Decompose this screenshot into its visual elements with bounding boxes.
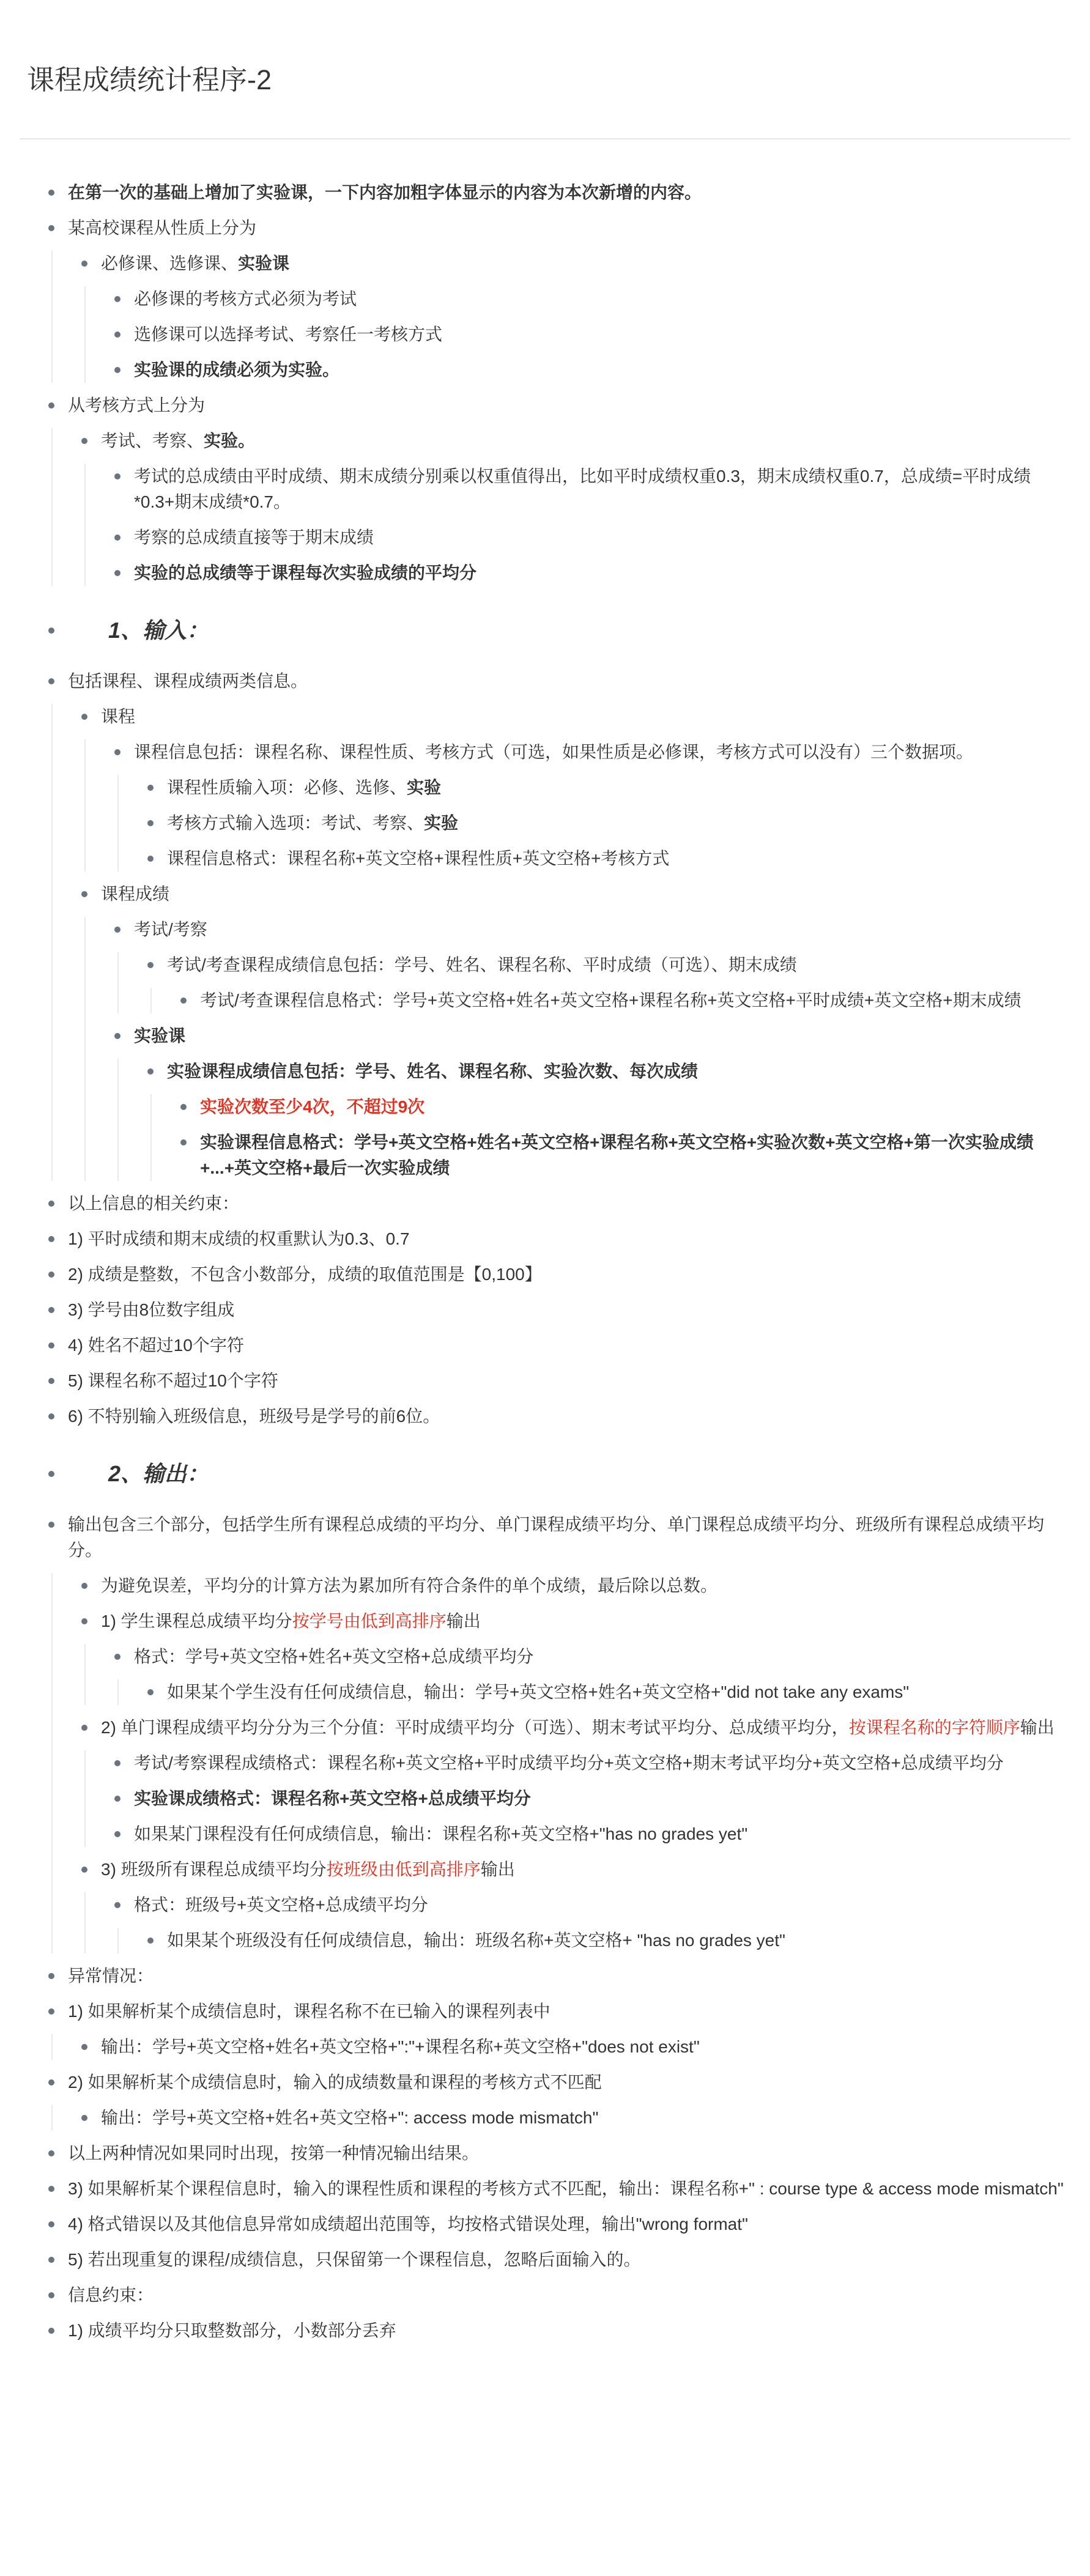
- list-item-text: 4) 格式错误以及其他信息异常如成绩超出范围等，均按格式错误处理，输出"wron…: [68, 2215, 748, 2234]
- list-item: 3) 如果解析某个课程信息时，输入的课程性质和课程的考核方式不匹配，输出：课程名…: [48, 2176, 1070, 2202]
- list-item-text: 5) 课程名称不超过10个字符: [68, 1371, 278, 1390]
- bullet-icon: [81, 891, 87, 897]
- list-item: 包括课程、课程成绩两类信息。 课程 课程信息包括：课程名称、课程性质、考核方式（…: [48, 668, 1070, 1181]
- bullet-icon: [48, 1342, 54, 1349]
- list-item-text-red: 按课程名称的字符顺序: [849, 1718, 1020, 1737]
- list-item: 考试、考察、实验。 考试的总成绩由平时成绩、期末成绩分别乘以权重值得出，比如平时…: [81, 428, 1070, 586]
- outline-sublist: 实验次数至少4次，不超过9次 实验课程信息格式：学号+英文空格+姓名+英文空格+…: [150, 1094, 1070, 1181]
- list-item-text: 3) 班级所有课程总成绩平均分: [101, 1860, 327, 1879]
- bullet-icon: [81, 261, 87, 267]
- list-item: 课程 课程信息包括：课程名称、课程性质、考核方式（可选，如果性质是必修课，考核方…: [81, 704, 1070, 872]
- list-item-text: 1) 平时成绩和期末成绩的权重默认为0.3、0.7: [68, 1229, 410, 1248]
- list-item: 2) 单门课程成绩平均分分为三个分值：平时成绩平均分（可选）、期末考试平均分、总…: [81, 1715, 1070, 1847]
- list-item: 格式：学号+英文空格+姓名+英文空格+总成绩平均分 如果某个学生没有任何成绩信息…: [114, 1644, 1070, 1705]
- list-item-text: 课程: [101, 707, 135, 726]
- list-item-text: 输出: [481, 1860, 515, 1879]
- list-item: 5) 若出现重复的课程/成绩信息，只保留第一个课程信息，忽略后面输入的。: [48, 2247, 1070, 2273]
- bullet-icon: [48, 1236, 54, 1242]
- bullet-icon: [114, 535, 120, 541]
- bullet-icon: [147, 962, 154, 968]
- list-item: 为避免误差，平均分的计算方法为累加所有符合条件的单个成绩，最后除以总数。: [81, 1573, 1070, 1599]
- list-item-text: 格式：班级号+英文空格+总成绩平均分: [134, 1895, 428, 1914]
- outline-sublist: 课程信息包括：课程名称、课程性质、考核方式（可选，如果性质是必修课，考核方式可以…: [84, 739, 1070, 872]
- list-item: 1) 如果解析某个成绩信息时，课程名称不在已输入的课程列表中 输出：学号+英文空…: [48, 1999, 1070, 2060]
- list-item-text: 输出包含三个部分，包括学生所有课程总成绩的平均分、单门课程成绩平均分、单门课程总…: [68, 1515, 1044, 1560]
- list-item: 以上信息的相关约束：: [48, 1191, 1070, 1216]
- list-item-text: 以上信息的相关约束：: [68, 1194, 239, 1213]
- bullet-icon: [81, 714, 87, 720]
- list-item-text: 1) 学生课程总成绩平均分: [101, 1612, 292, 1630]
- outline-sublist: 格式：班级号+英文空格+总成绩平均分 如果某个班级没有任何成绩信息，输出：班级名…: [84, 1892, 1070, 1953]
- list-item-text: 5) 若出现重复的课程/成绩信息，只保留第一个课程信息，忽略后面输入的。: [68, 2250, 640, 2269]
- list-item-text: 课程性质输入项：必修、选修、: [167, 778, 407, 797]
- bullet-icon: [48, 2292, 54, 2298]
- list-item-text: 考试的总成绩由平时成绩、期末成绩分别乘以权重值得出，比如平时成绩权重0.3，期末…: [134, 467, 1031, 511]
- list-item: 选修课可以选择考试、考察任一考核方式: [114, 322, 1070, 347]
- list-item-text: 1) 如果解析某个成绩信息时，课程名称不在已输入的课程列表中: [68, 2002, 551, 2021]
- bullet-icon: [180, 997, 187, 1004]
- bullet-icon: [180, 1139, 187, 1146]
- list-item-text: 格式：学号+英文空格+姓名+英文空格+总成绩平均分: [134, 1647, 533, 1666]
- page-title: 课程成绩统计程序-2: [27, 64, 1070, 97]
- list-item: 在第一次的基础上增加了实验课，一下内容加粗字体显示的内容为本次新增的内容。: [48, 180, 1070, 205]
- list-item-text: 如果某个学生没有任何成绩信息，输出：学号+英文空格+姓名+英文空格+"did n…: [167, 1682, 909, 1701]
- list-item-text: 考试/考察: [134, 920, 207, 939]
- list-item: 必修课、选修课、实验课 必修课的考核方式必须为考试 选修课可以选择考试、考察任一…: [81, 251, 1070, 383]
- outline-sublist: 必修课的考核方式必须为考试 选修课可以选择考试、考察任一考核方式 实验课的成绩必…: [84, 286, 1070, 383]
- outline-sublist: 为避免误差，平均分的计算方法为累加所有符合条件的单个成绩，最后除以总数。 1) …: [51, 1573, 1070, 1953]
- bullet-icon: [114, 749, 120, 755]
- outline-sublist: 考试/考查课程成绩信息包括：学号、姓名、课程名称、平时成绩（可选）、期末成绩 考…: [117, 952, 1070, 1013]
- bullet-icon: [48, 2257, 54, 2263]
- list-item: 考试/考查课程信息格式：学号+英文空格+姓名+英文空格+课程名称+英文空格+平时…: [180, 988, 1070, 1013]
- list-item-text: 3) 学号由8位数字组成: [68, 1300, 234, 1319]
- list-item: 如果某门课程没有任何成绩信息，输出：课程名称+英文空格+"has no grad…: [114, 1821, 1070, 1847]
- bullet-icon: [48, 2008, 54, 2015]
- list-item: 5) 课程名称不超过10个字符: [48, 1368, 1070, 1394]
- bullet-icon: [48, 2328, 54, 2334]
- bullet-icon: [114, 367, 120, 373]
- list-item: 课程信息格式：课程名称+英文空格+课程性质+英文空格+考核方式: [147, 846, 1070, 872]
- list-item-text: 实验: [407, 778, 441, 797]
- bullet-icon: [114, 927, 120, 933]
- list-item-text: 2) 成绩是整数，不包含小数部分，成绩的取值范围是【0,100】: [68, 1265, 542, 1284]
- list-item: 考核方式输入选项：考试、考察、实验: [147, 810, 1070, 836]
- list-item: 2) 成绩是整数，不包含小数部分，成绩的取值范围是【0,100】: [48, 1262, 1070, 1287]
- outline-sublist: 考试/考察 考试/考查课程成绩信息包括：学号、姓名、课程名称、平时成绩（可选）、…: [84, 917, 1070, 1181]
- bullet-icon: [48, 1471, 54, 1477]
- outline-sublist: 输出：学号+英文空格+姓名+英文空格+": access mode mismat…: [51, 2105, 1070, 2131]
- list-item: 必修课的考核方式必须为考试: [114, 286, 1070, 312]
- bullet-icon: [114, 1654, 120, 1660]
- bullet-icon: [48, 2221, 54, 2227]
- document-page: 课程成绩统计程序-2 在第一次的基础上增加了实验课，一下内容加粗字体显示的内容为…: [0, 0, 1090, 2576]
- bullet-icon: [48, 1522, 54, 1528]
- list-item-text-red: 按班级由低到高排序: [327, 1860, 481, 1879]
- list-item-text: 实验。: [204, 431, 255, 450]
- list-item-text: 异常情况：: [68, 1966, 154, 1985]
- list-item-text: 课程信息包括：课程名称、课程性质、考核方式（可选，如果性质是必修课，考核方式可以…: [134, 742, 973, 761]
- list-item-text: 某高校课程从性质上分为: [68, 218, 256, 237]
- list-item: 考试的总成绩由平时成绩、期末成绩分别乘以权重值得出，比如平时成绩权重0.3，期末…: [114, 464, 1070, 515]
- bullet-icon: [114, 331, 120, 338]
- bullet-icon: [81, 1618, 87, 1624]
- list-item: 某高校课程从性质上分为 必修课、选修课、实验课 必修课的考核方式必须为考试 选修…: [48, 215, 1070, 383]
- list-item-text: 4) 姓名不超过10个字符: [68, 1336, 244, 1355]
- list-item: 1) 平时成绩和期末成绩的权重默认为0.3、0.7: [48, 1226, 1070, 1252]
- list-item-text: 课程成绩: [101, 884, 169, 903]
- bullet-icon: [114, 1033, 120, 1039]
- outline-sublist: 考试的总成绩由平时成绩、期末成绩分别乘以权重值得出，比如平时成绩权重0.3，期末…: [84, 464, 1070, 586]
- list-item-text: 选修课可以选择考试、考察任一考核方式: [134, 325, 442, 344]
- list-item-heading: 2、输出：: [48, 1459, 1070, 1491]
- outline-sublist: 格式：学号+英文空格+姓名+英文空格+总成绩平均分 如果某个学生没有任何成绩信息…: [84, 1644, 1070, 1705]
- bullet-icon: [147, 785, 154, 791]
- list-item: 课程性质输入项：必修、选修、实验: [147, 775, 1070, 801]
- list-item-text: 为避免误差，平均分的计算方法为累加所有符合条件的单个成绩，最后除以总数。: [101, 1576, 717, 1595]
- list-item: 1) 学生课程总成绩平均分按学号由低到高排序输出 格式：学号+英文空格+姓名+英…: [81, 1608, 1070, 1705]
- bullet-icon: [147, 820, 154, 826]
- list-item-text: 实验课的成绩必须为实验。: [134, 360, 339, 379]
- bullet-icon: [81, 1867, 87, 1873]
- list-item-text: 包括课程、课程成绩两类信息。: [68, 672, 308, 690]
- bullet-icon: [48, 1378, 54, 1384]
- list-item-text: 考试/考查课程成绩信息包括：学号、姓名、课程名称、平时成绩（可选）、期末成绩: [167, 955, 797, 974]
- bullet-icon: [147, 856, 154, 862]
- bullet-icon: [114, 1831, 120, 1837]
- bullet-icon: [147, 1938, 154, 1944]
- bullet-icon: [81, 2115, 87, 2121]
- list-item-text: 信息约束：: [68, 2285, 154, 2304]
- list-item: 6) 不特别输入班级信息，班级号是学号的前6位。: [48, 1404, 1070, 1429]
- list-item: 如果某个班级没有任何成绩信息，输出：班级名称+英文空格+ "has no gra…: [147, 1928, 1070, 1953]
- bullet-icon: [147, 1068, 154, 1075]
- outline-sublist: 课程 课程信息包括：课程名称、课程性质、考核方式（可选，如果性质是必修课，考核方…: [51, 704, 1070, 1181]
- list-item: 考试/考察课程成绩格式：课程名称+英文空格+平时成绩平均分+英文空格+期末考试平…: [114, 1750, 1070, 1776]
- title-divider: [20, 138, 1070, 139]
- outline-sublist: 如果某个学生没有任何成绩信息，输出：学号+英文空格+姓名+英文空格+"did n…: [117, 1679, 1070, 1705]
- list-item-text: 考试/考查课程信息格式：学号+英文空格+姓名+英文空格+课程名称+英文空格+平时…: [200, 991, 1021, 1010]
- list-item-text: 如果某门课程没有任何成绩信息，输出：课程名称+英文空格+"has no grad…: [134, 1824, 747, 1843]
- list-item-text: 1) 成绩平均分只取整数部分，小数部分丢弃: [68, 2321, 396, 2340]
- list-item-text: 考试、考察、: [101, 431, 204, 450]
- list-item-text: 输出：学号+英文空格+姓名+英文空格+": access mode mismat…: [101, 2108, 598, 2127]
- section-heading-output: 2、输出：: [68, 1459, 209, 1489]
- list-item: 课程成绩 考试/考察 考试/考查课程成绩信息包括：学号、姓名、课程名称、平时成绩…: [81, 881, 1070, 1181]
- bullet-icon: [48, 2150, 54, 2156]
- bullet-icon: [147, 1689, 154, 1695]
- list-item-text: 2) 单门课程成绩平均分分为三个分值：平时成绩平均分（可选）、期末考试平均分、总…: [101, 1718, 849, 1737]
- list-item-text: 输出: [447, 1612, 481, 1630]
- list-item: 输出包含三个部分，包括学生所有课程总成绩的平均分、单门课程成绩平均分、单门课程总…: [48, 1512, 1070, 1953]
- bullet-icon: [48, 1271, 54, 1278]
- list-item-text: 3) 如果解析某个课程信息时，输入的课程性质和课程的考核方式不匹配，输出：课程名…: [68, 2179, 1064, 2198]
- outline-sublist: 考试、考察、实验。 考试的总成绩由平时成绩、期末成绩分别乘以权重值得出，比如平时…: [51, 428, 1070, 586]
- list-item-text: 输出：学号+英文空格+姓名+英文空格+":"+课程名称+英文空格+"does n…: [101, 2037, 700, 2056]
- outline-sublist: 如果某个班级没有任何成绩信息，输出：班级名称+英文空格+ "has no gra…: [117, 1928, 1070, 1953]
- outline-sublist: 实验课程成绩信息包括：学号、姓名、课程名称、实验次数、每次成绩 实验次数至少4次…: [117, 1059, 1070, 1181]
- bullet-icon: [81, 1583, 87, 1589]
- list-item: 4) 姓名不超过10个字符: [48, 1333, 1070, 1358]
- bullet-icon: [81, 2044, 87, 2050]
- list-item-text: 实验: [424, 813, 458, 832]
- bullet-icon: [48, 2079, 54, 2086]
- list-item-text: 实验课程信息格式：学号+英文空格+姓名+英文空格+课程名称+英文空格+实验次数+…: [200, 1133, 1034, 1177]
- list-item: 实验课的成绩必须为实验。: [114, 357, 1070, 383]
- list-item-text: 必修课、选修课、: [101, 254, 238, 273]
- list-item-heading: 1、输入：: [48, 615, 1070, 648]
- bullet-icon: [48, 1201, 54, 1207]
- list-item-text-red: 实验次数至少4次，不超过9次: [200, 1097, 425, 1116]
- list-item: 输出：学号+英文空格+姓名+英文空格+":"+课程名称+英文空格+"does n…: [81, 2034, 1070, 2060]
- list-item: 考察的总成绩直接等于期末成绩: [114, 525, 1070, 550]
- list-item: 异常情况：: [48, 1963, 1070, 1989]
- bullet-icon: [180, 1104, 187, 1110]
- bullet-icon: [48, 402, 54, 409]
- list-item-text: 实验课: [238, 254, 289, 273]
- list-item-text: 如果某个班级没有任何成绩信息，输出：班级名称+英文空格+ "has no gra…: [167, 1931, 785, 1950]
- list-item-text: 以上两种情况如果同时出现，按第一种情况输出结果。: [68, 2144, 479, 2163]
- list-item: 输出：学号+英文空格+姓名+英文空格+": access mode mismat…: [81, 2105, 1070, 2131]
- outline-sublist: 课程性质输入项：必修、选修、实验 考核方式输入选项：考试、考察、实验 课程信息格…: [117, 775, 1070, 872]
- list-item: 1) 成绩平均分只取整数部分，小数部分丢弃: [48, 2318, 1070, 2344]
- list-item-text: 实验的总成绩等于课程每次实验成绩的平均分: [134, 563, 476, 582]
- list-item-text: 考核方式输入选项：考试、考察、: [167, 813, 424, 832]
- bullet-icon: [81, 1725, 87, 1731]
- outline-root: 在第一次的基础上增加了实验课，一下内容加粗字体显示的内容为本次新增的内容。 某高…: [20, 180, 1070, 2344]
- list-item: 实验次数至少4次，不超过9次: [180, 1094, 1070, 1120]
- list-item-text: 2) 如果解析某个成绩信息时，输入的成绩数量和课程的考核方式不匹配: [68, 2073, 602, 2092]
- list-item-text: 在第一次的基础上增加了实验课，一下内容加粗字体显示的内容为本次新增的内容。: [68, 183, 702, 202]
- bullet-icon: [114, 570, 120, 576]
- bullet-icon: [114, 1902, 120, 1908]
- list-item-text: 6) 不特别输入班级信息，班级号是学号的前6位。: [68, 1407, 440, 1426]
- outline-sublist: 考试/考察课程成绩格式：课程名称+英文空格+平时成绩平均分+英文空格+期末考试平…: [84, 1750, 1070, 1847]
- bullet-icon: [48, 678, 54, 684]
- bullet-icon: [114, 1796, 120, 1802]
- list-item: 如果某个学生没有任何成绩信息，输出：学号+英文空格+姓名+英文空格+"did n…: [147, 1679, 1070, 1705]
- bullet-icon: [48, 225, 54, 231]
- list-item: 格式：班级号+英文空格+总成绩平均分 如果某个班级没有任何成绩信息，输出：班级名…: [114, 1892, 1070, 1953]
- list-item-text-red: 按学号由低到高排序: [292, 1612, 447, 1630]
- list-item-text: 实验课: [134, 1026, 185, 1045]
- list-item: 课程信息包括：课程名称、课程性质、考核方式（可选，如果性质是必修课，考核方式可以…: [114, 739, 1070, 872]
- list-item-text: 课程信息格式：课程名称+英文空格+课程性质+英文空格+考核方式: [167, 849, 669, 868]
- list-item-text: 实验课成绩格式：课程名称+英文空格+总成绩平均分: [134, 1789, 531, 1808]
- bullet-icon: [48, 2186, 54, 2192]
- list-item-text: 考察的总成绩直接等于期末成绩: [134, 528, 374, 547]
- section-heading-input: 1、输入：: [68, 615, 209, 646]
- outline-sublist: 输出：学号+英文空格+姓名+英文空格+":"+课程名称+英文空格+"does n…: [51, 2034, 1070, 2060]
- list-item: 考试/考察 考试/考查课程成绩信息包括：学号、姓名、课程名称、平时成绩（可选）、…: [114, 917, 1070, 1013]
- list-item: 以上两种情况如果同时出现，按第一种情况输出结果。: [48, 2141, 1070, 2166]
- outline-sublist: 必修课、选修课、实验课 必修课的考核方式必须为考试 选修课可以选择考试、考察任一…: [51, 251, 1070, 383]
- list-item: 实验课程成绩信息包括：学号、姓名、课程名称、实验次数、每次成绩 实验次数至少4次…: [147, 1059, 1070, 1181]
- list-item-text: 实验课程成绩信息包括：学号、姓名、课程名称、实验次数、每次成绩: [167, 1062, 698, 1081]
- list-item: 实验课 实验课程成绩信息包括：学号、姓名、课程名称、实验次数、每次成绩 实验次数…: [114, 1023, 1070, 1181]
- outline-sublist: 考试/考查课程信息格式：学号+英文空格+姓名+英文空格+课程名称+英文空格+平时…: [150, 988, 1070, 1013]
- list-item: 3) 学号由8位数字组成: [48, 1297, 1070, 1323]
- list-item: 信息约束：: [48, 2282, 1070, 2308]
- list-item: 实验课成绩格式：课程名称+英文空格+总成绩平均分: [114, 1786, 1070, 1812]
- list-item-text: 从考核方式上分为: [68, 396, 205, 415]
- list-item: 实验的总成绩等于课程每次实验成绩的平均分: [114, 560, 1070, 586]
- list-item: 从考核方式上分为 考试、考察、实验。 考试的总成绩由平时成绩、期末成绩分别乘以权…: [48, 393, 1070, 586]
- list-item-text: 必修课的考核方式必须为考试: [134, 289, 357, 308]
- bullet-icon: [48, 627, 54, 634]
- list-item: 考试/考查课程成绩信息包括：学号、姓名、课程名称、平时成绩（可选）、期末成绩 考…: [147, 952, 1070, 1013]
- bullet-icon: [81, 438, 87, 444]
- list-item-text: 输出: [1020, 1718, 1055, 1737]
- bullet-icon: [48, 1307, 54, 1313]
- list-item: 2) 如果解析某个成绩信息时，输入的成绩数量和课程的考核方式不匹配 输出：学号+…: [48, 2070, 1070, 2131]
- list-item: 3) 班级所有课程总成绩平均分按班级由低到高排序输出 格式：班级号+英文空格+总…: [81, 1857, 1070, 1953]
- bullet-icon: [114, 1760, 120, 1766]
- bullet-icon: [48, 1973, 54, 1979]
- bullet-icon: [114, 473, 120, 479]
- bullet-icon: [48, 1413, 54, 1419]
- bullet-icon: [48, 190, 54, 196]
- list-item-text: 考试/考察课程成绩格式：课程名称+英文空格+平时成绩平均分+英文空格+期末考试平…: [134, 1753, 1004, 1772]
- bullet-icon: [114, 296, 120, 302]
- list-item: 实验课程信息格式：学号+英文空格+姓名+英文空格+课程名称+英文空格+实验次数+…: [180, 1130, 1070, 1181]
- list-item: 4) 格式错误以及其他信息异常如成绩超出范围等，均按格式错误处理，输出"wron…: [48, 2211, 1070, 2237]
